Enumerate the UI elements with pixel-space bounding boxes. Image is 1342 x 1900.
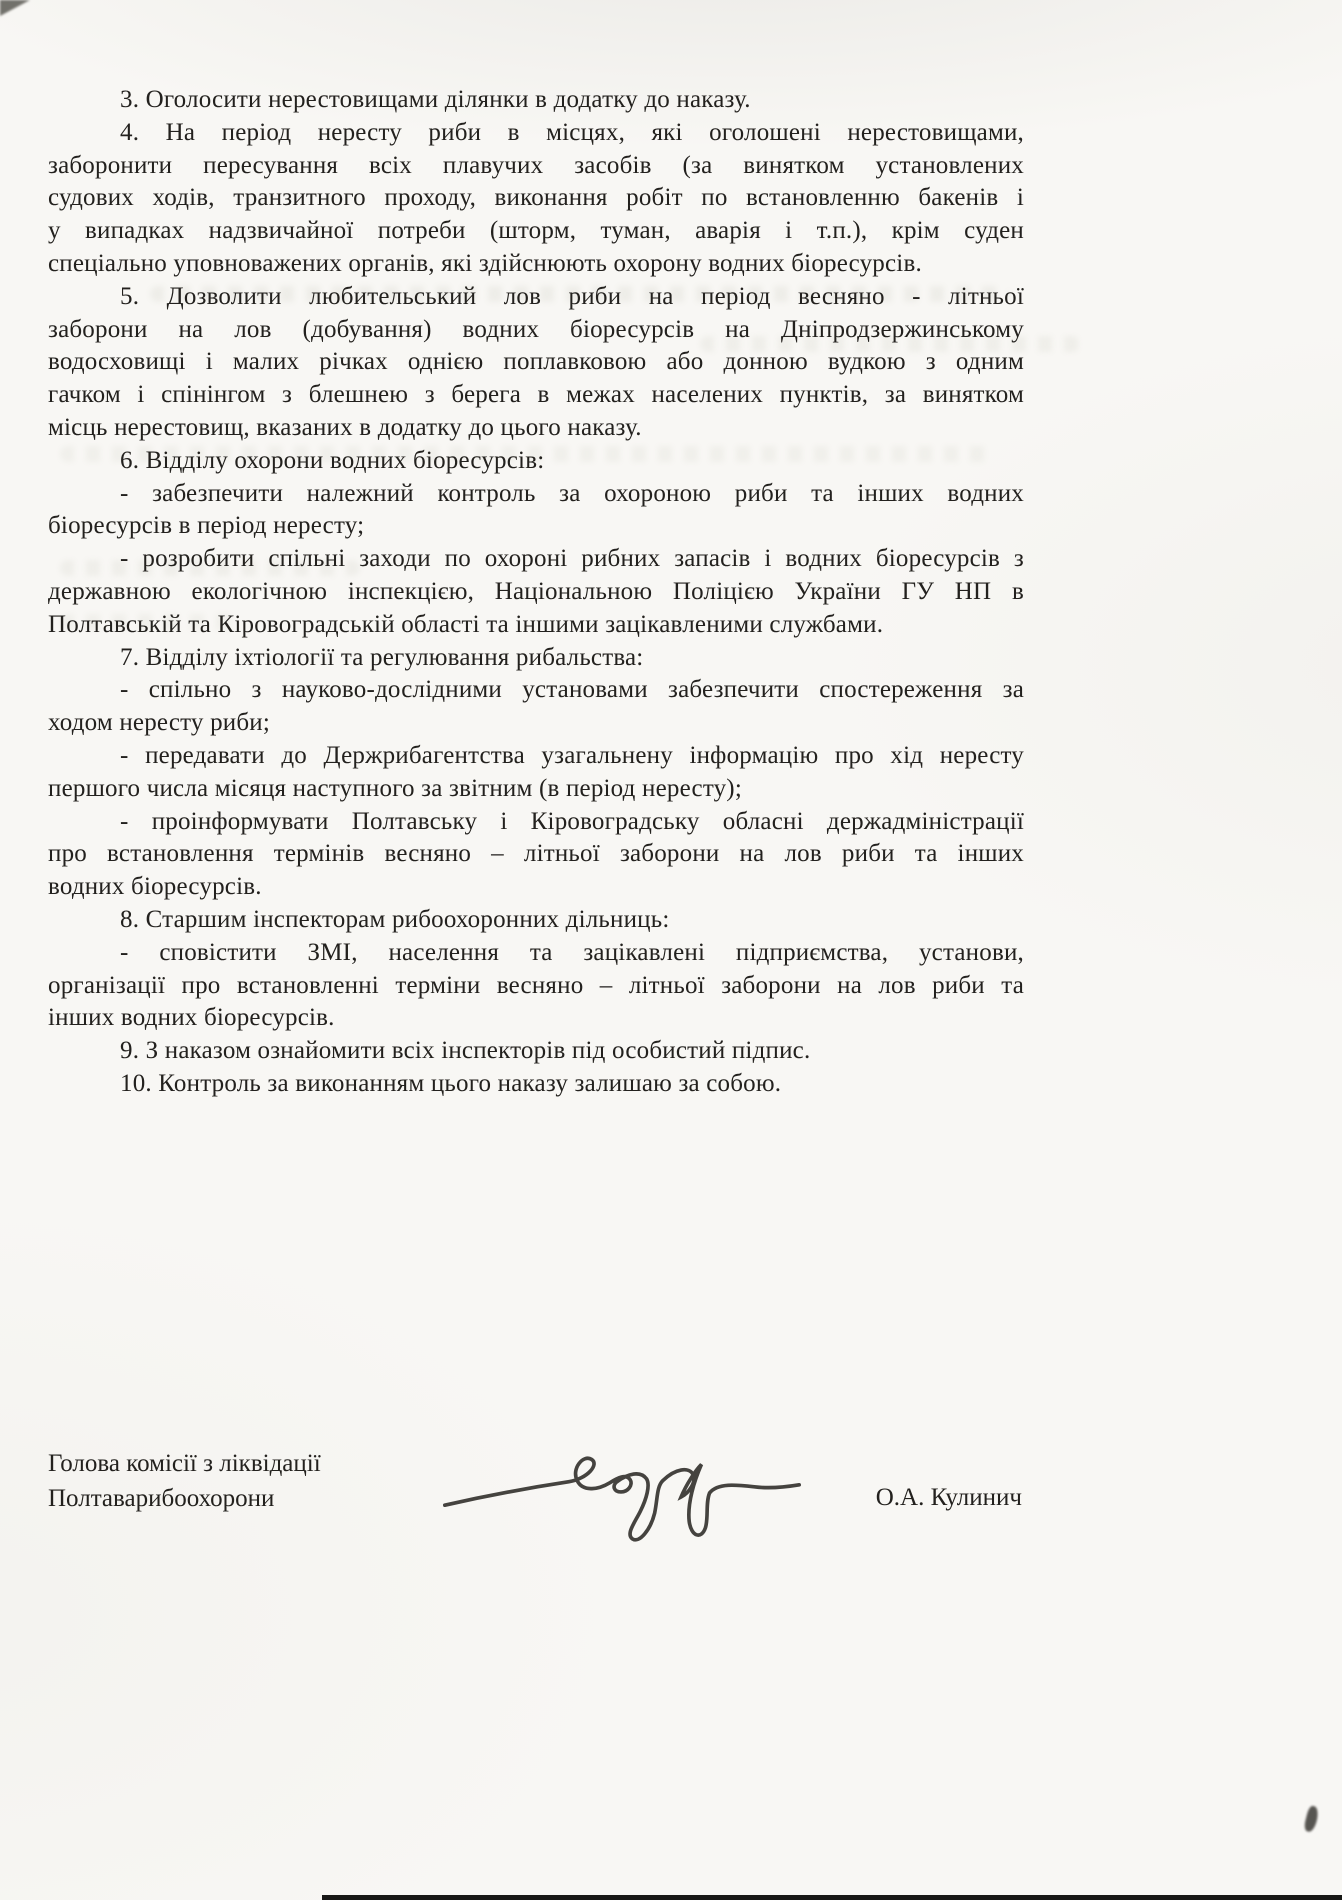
text-line: - забезпечити належний контроль за охоро… — [48, 478, 1024, 511]
text-line: у випадках надзвичайної потреби (шторм, … — [48, 215, 1024, 248]
signature-block: Голова комісії з ліквідації Полтаварибоо… — [48, 1446, 1024, 1566]
paragraph: 10. Контроль за виконанням цього наказу … — [48, 1068, 1024, 1101]
text-line: 10. Контроль за виконанням цього наказу … — [48, 1068, 1024, 1101]
text-line: заборонити пересування всіх плавучих зас… — [48, 150, 1024, 183]
text-line: водосховищі і малих річках однією поплав… — [48, 346, 1024, 379]
signature-icon — [436, 1440, 808, 1552]
text-line: - проінформувати Полтавську і Кіровоград… — [48, 806, 1024, 839]
paragraph: 7. Відділу іхтіології та регулювання риб… — [48, 642, 1024, 675]
text-line: - передавати до Держрибагентства узагаль… — [48, 740, 1024, 773]
text-line: біоресурсів в період нересту; — [48, 510, 1024, 543]
paragraph: 9. З наказом ознайомити всіх інспекторів… — [48, 1035, 1024, 1068]
paragraph: - передавати до Держрибагентства узагаль… — [48, 740, 1024, 806]
text-line: про встановлення термінів весняно – літн… — [48, 838, 1024, 871]
paragraph: 4. На період нересту риби в місцях, які … — [48, 117, 1024, 281]
text-line: спеціально уповноважених органів, які зд… — [48, 248, 1024, 281]
text-line: першого числа місяця наступного за звітн… — [48, 773, 1024, 806]
text-line: 9. З наказом ознайомити всіх інспекторів… — [48, 1035, 1024, 1068]
text-line: Полтавській та Кіровоградській області т… — [48, 609, 1024, 642]
paragraph: - розробити спільні заходи по охороні ри… — [48, 543, 1024, 641]
signatory-role-line1: Голова комісії з ліквідації — [48, 1446, 321, 1481]
signatory-role-line2: Полтаварибоохорони — [48, 1481, 321, 1516]
text-line: - спільно з науково-дослідними установам… — [48, 674, 1024, 707]
paragraph: - забезпечити належний контроль за охоро… — [48, 478, 1024, 544]
text-line: заборони на лов (добування) водних біоре… — [48, 314, 1024, 347]
paragraph: - проінформувати Полтавську і Кіровоград… — [48, 806, 1024, 904]
text-line: ходом нересту риби; — [48, 707, 1024, 740]
document-body: 3. Оголосити нерестовищами ділянки в дод… — [48, 84, 1024, 1101]
paragraph: 6. Відділу охорони водних біоресурсів: — [48, 445, 1024, 478]
paragraph: 5. Дозволити любительський лов риби на п… — [48, 281, 1024, 445]
paragraph: - сповістити ЗМІ, населення та зацікавле… — [48, 937, 1024, 1035]
paragraph: - спільно з науково-дослідними установам… — [48, 674, 1024, 740]
text-line: 8. Старшим інспекторам рибоохоронних діл… — [48, 904, 1024, 937]
text-line: 4. На період нересту риби в місцях, які … — [48, 117, 1024, 150]
scan-bottom-edge — [322, 1895, 1342, 1900]
text-line: 7. Відділу іхтіології та регулювання риб… — [48, 642, 1024, 675]
text-line: 5. Дозволити любительський лов риби на п… — [48, 281, 1024, 314]
ink-speck-artifact — [1303, 1805, 1320, 1833]
document-page: { "page": { "paper_color": "#f8f7f4", "i… — [0, 0, 1342, 1900]
text-line: - розробити спільні заходи по охороні ри… — [48, 543, 1024, 576]
signatory-role: Голова комісії з ліквідації Полтаварибоо… — [48, 1446, 321, 1516]
text-line: 6. Відділу охорони водних біоресурсів: — [48, 445, 1024, 478]
paragraph: 3. Оголосити нерестовищами ділянки в дод… — [48, 84, 1024, 117]
scan-corner-mark — [0, 0, 30, 16]
text-line: судових ходів, транзитного проходу, вико… — [48, 182, 1024, 215]
text-line: гачком і спінінгом з блешнею з берега в … — [48, 379, 1024, 412]
paragraph: 8. Старшим інспекторам рибоохоронних діл… — [48, 904, 1024, 937]
signatory-name: О.А. Кулинич — [876, 1480, 1022, 1515]
text-line: - сповістити ЗМІ, населення та зацікавле… — [48, 937, 1024, 970]
text-line: організації про встановленні терміни вес… — [48, 970, 1024, 1003]
text-line: 3. Оголосити нерестовищами ділянки в дод… — [48, 84, 1024, 117]
text-line: місць нерестовищ, вказаних в додатку до … — [48, 412, 1024, 445]
text-line: державною екологічною інспекцією, Націон… — [48, 576, 1024, 609]
text-line: водних біоресурсів. — [48, 871, 1024, 904]
text-line: інших водних біоресурсів. — [48, 1002, 1024, 1035]
